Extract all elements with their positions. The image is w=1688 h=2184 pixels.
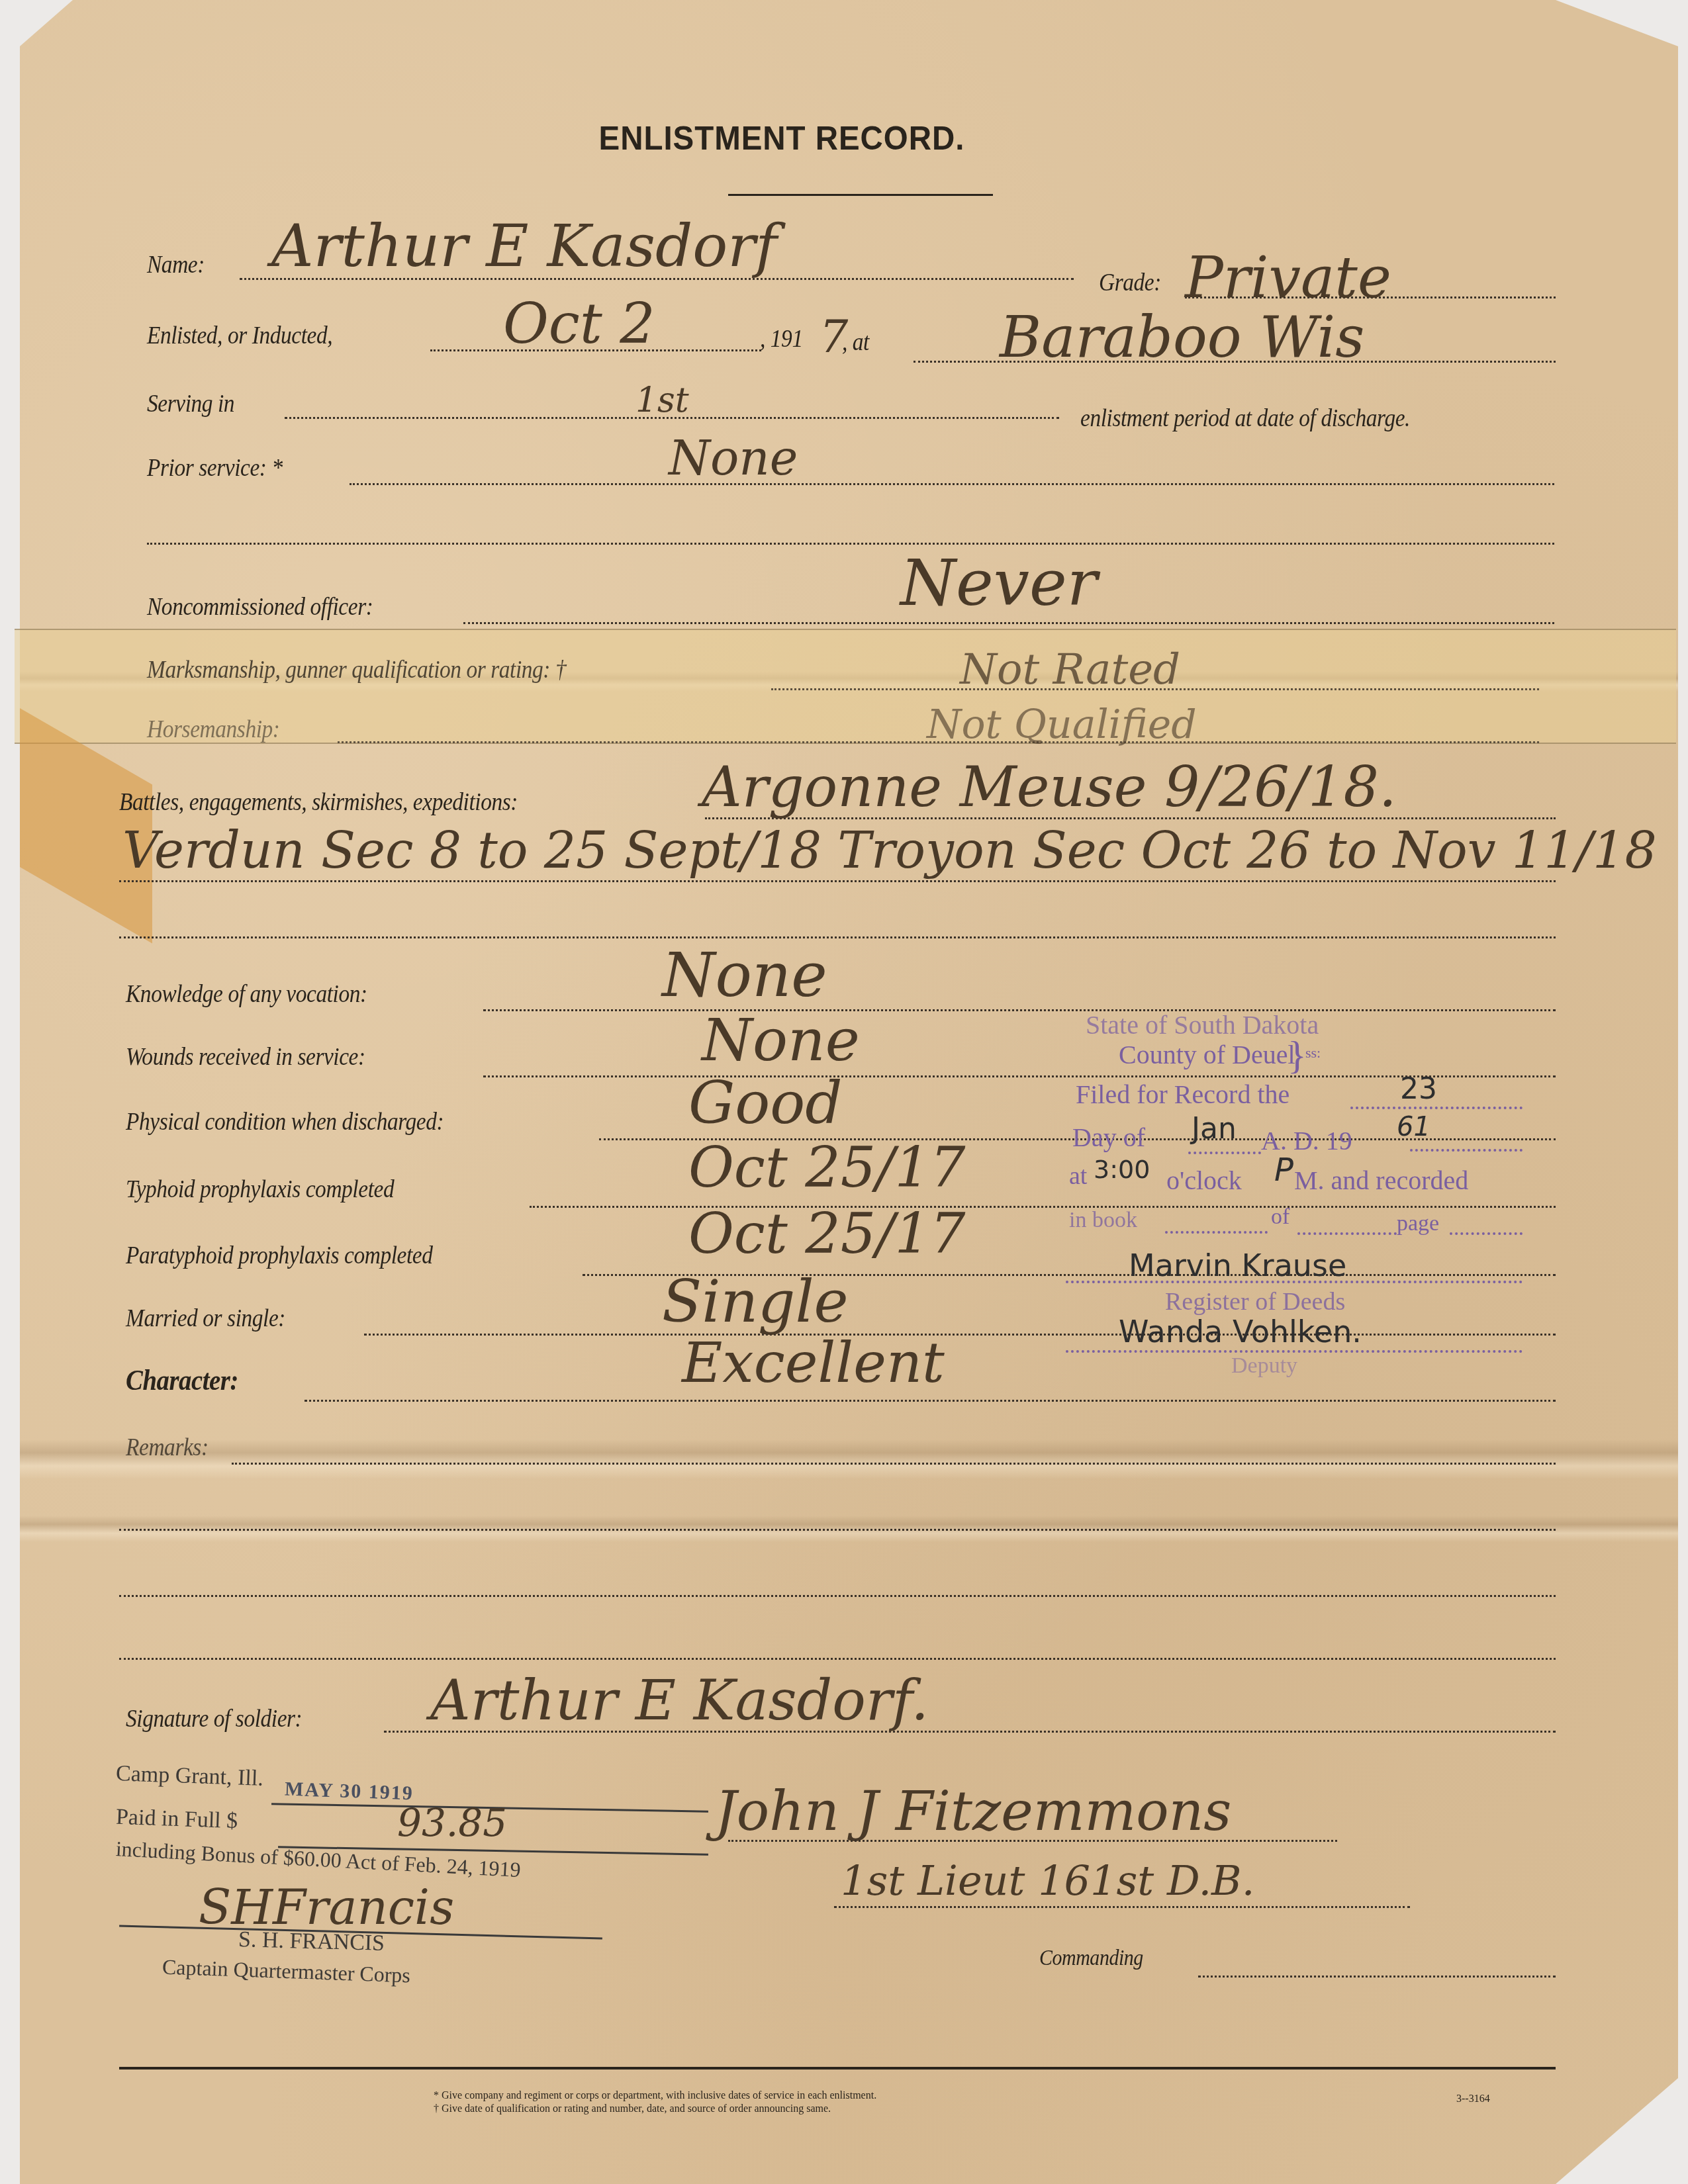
stamp-and-recorded: M. and recorded (1294, 1165, 1468, 1196)
grade-field[interactable]: Private (1185, 245, 1391, 311)
prior-service-line (350, 483, 1554, 485)
character-line (305, 1400, 1556, 1402)
stamp-year[interactable]: 61 (1397, 1112, 1430, 1142)
typhoid-label: Typhoid prophylaxis completed (126, 1175, 394, 1204)
battles-label: Battles, engagements, skirmishes, expedi… (119, 788, 518, 817)
paper-crease (20, 1439, 1678, 1479)
enlisted-date-field[interactable]: Oct 2 (503, 291, 655, 356)
stamp-time[interactable]: 3:00 (1094, 1155, 1150, 1184)
horsemanship-field[interactable]: Not Qualified (927, 702, 1197, 748)
camp-label: Camp Grant, Ill. (115, 1761, 263, 1792)
prior-service-label: Prior service: * (147, 453, 283, 482)
physical-condition-field[interactable]: Good (688, 1069, 843, 1137)
stamp-deputy-title: Deputy (1231, 1353, 1297, 1379)
footnote-asterisk: * Give company and regiment or corps or … (434, 2089, 876, 2103)
character-label: Character: (126, 1363, 238, 1397)
grade-label: Grade: (1099, 268, 1161, 297)
stamp-of-line (1297, 1232, 1397, 1235)
stamp-of-label: of (1271, 1205, 1289, 1230)
vocation-line (483, 1009, 1556, 1011)
name-label: Name: (147, 250, 205, 279)
wounds-field[interactable]: None (702, 1006, 860, 1074)
page-title: ENLISTMENT RECORD. (599, 119, 965, 158)
noncommissioned-line (463, 622, 1554, 624)
marksmanship-label: Marksmanship, gunner qualification or ra… (147, 655, 566, 684)
paratyphoid-label: Paratyphoid prophylaxis completed (126, 1241, 432, 1270)
enlisted-label: Enlisted, or Inducted, (147, 321, 332, 350)
bottom-rule (119, 2067, 1556, 2070)
stamp-deputy-line (1066, 1350, 1523, 1353)
stamp-page-label: page (1397, 1211, 1439, 1236)
qm-name: S. H. FRANCIS (238, 1927, 385, 1956)
stamp-in-book-label: in book (1069, 1208, 1137, 1233)
stamp-register-name[interactable]: Marvin Krause (1129, 1248, 1346, 1283)
paid-amount[interactable]: 93.85 (397, 1800, 507, 1845)
title-underline (728, 194, 993, 196)
stamp-year-line (1410, 1149, 1523, 1152)
stamp-register-title: Register of Deeds (1165, 1287, 1345, 1316)
stamp-county: County of Deuel (1119, 1039, 1295, 1070)
marital-label: Married or single: (126, 1304, 285, 1333)
officer-rank: 1st Lieut 161st D.B. (841, 1856, 1254, 1905)
enlisted-year-prefix: , 191 (760, 324, 803, 353)
soldier-signature[interactable]: Arthur E Kasdorf. (430, 1668, 929, 1733)
battles-field-line-1[interactable]: Argonne Meuse 9/26/18. (702, 754, 1397, 819)
stamp-filed-day[interactable]: 23 (1400, 1072, 1437, 1106)
stamp-filed-line (1350, 1107, 1523, 1109)
stamp-meridiem[interactable]: P (1274, 1152, 1293, 1189)
officer-rank-line (834, 1906, 1410, 1908)
vocation-label: Knowledge of any vocation: (126, 979, 367, 1009)
stamp-page-line (1450, 1232, 1523, 1235)
commanding-line (1198, 1976, 1556, 1978)
stamp-register-line (1066, 1281, 1523, 1283)
marital-line (364, 1334, 1556, 1336)
footnote-dagger: † Give date of qualification or rating a… (434, 2103, 831, 2116)
remarks-line-3 (119, 1595, 1556, 1597)
remarks-line-1 (232, 1463, 1556, 1465)
wounds-label: Wounds received in service: (126, 1042, 365, 1071)
stamp-book-line (1165, 1231, 1268, 1234)
remarks-label: Remarks: (126, 1433, 209, 1462)
stamp-filed-label: Filed for Record the (1076, 1079, 1289, 1110)
soldier-signature-label: Signature of soldier: (126, 1704, 302, 1733)
stamp-deputy-name[interactable]: Wanda Vohlken. (1119, 1314, 1362, 1349)
qm-signature: SHFrancis (199, 1880, 454, 1935)
battles-line-3 (119, 936, 1556, 938)
prior-service-field[interactable]: None (669, 430, 798, 486)
officer-signature-line (728, 1840, 1337, 1842)
stamp-at-label: at (1069, 1161, 1087, 1191)
form-number: 3--3164 (1456, 2093, 1490, 2106)
stamp-state: State of South Dakota (1086, 1009, 1319, 1040)
vocation-field[interactable]: None (662, 940, 827, 1011)
battles-line-2 (119, 880, 1556, 882)
marital-field[interactable]: Single (662, 1267, 849, 1336)
commanding-label: Commanding (1039, 1946, 1143, 1971)
enlisted-at-label: , at (842, 328, 869, 357)
horsemanship-label: Horsemanship: (147, 715, 279, 744)
typhoid-line (530, 1206, 1556, 1208)
noncommissioned-label: Noncommissioned officer: (147, 592, 373, 621)
wounds-line (483, 1075, 1556, 1077)
marksmanship-field[interactable]: Not Rated (960, 645, 1180, 694)
typhoid-field[interactable]: Oct 25/17 (688, 1135, 965, 1200)
enlisted-place-field[interactable]: Baraboo Wis (1000, 304, 1364, 371)
serving-in-field[interactable]: 1st (635, 381, 689, 420)
physical-condition-label: Physical condition when discharged: (126, 1107, 444, 1136)
character-field[interactable]: Excellent (682, 1330, 945, 1395)
remarks-line-2 (119, 1529, 1556, 1531)
paid-label: Paid in Full $ (115, 1805, 238, 1834)
stamp-month[interactable]: Jan (1192, 1112, 1237, 1146)
prior-service-line-2 (147, 543, 1554, 545)
stamp-day-of-label: Day of (1072, 1122, 1145, 1153)
serving-in-suffix: enlistment period at date of discharge. (1080, 404, 1410, 433)
remarks-line-4 (119, 1658, 1556, 1660)
stamp-ss: ss: (1305, 1044, 1321, 1062)
stamp-month-line (1188, 1152, 1261, 1154)
officer-signature: John J Fitzemmons (715, 1780, 1231, 1843)
serving-in-label: Serving in (147, 389, 234, 418)
stamp-oclock-label: o'clock (1166, 1165, 1242, 1196)
battles-field-line-2[interactable]: Verdun Sec 8 to 25 Sept/18 Troyon Sec Oc… (122, 821, 1657, 880)
name-field[interactable]: Arthur E Kasdorf (271, 212, 777, 280)
stamp-brace: } (1288, 1032, 1307, 1078)
noncommissioned-field[interactable]: Never (900, 546, 1098, 620)
camp-date-stamp: MAY 30 1919 (284, 1778, 414, 1805)
paratyphoid-field[interactable]: Oct 25/17 (688, 1201, 965, 1266)
